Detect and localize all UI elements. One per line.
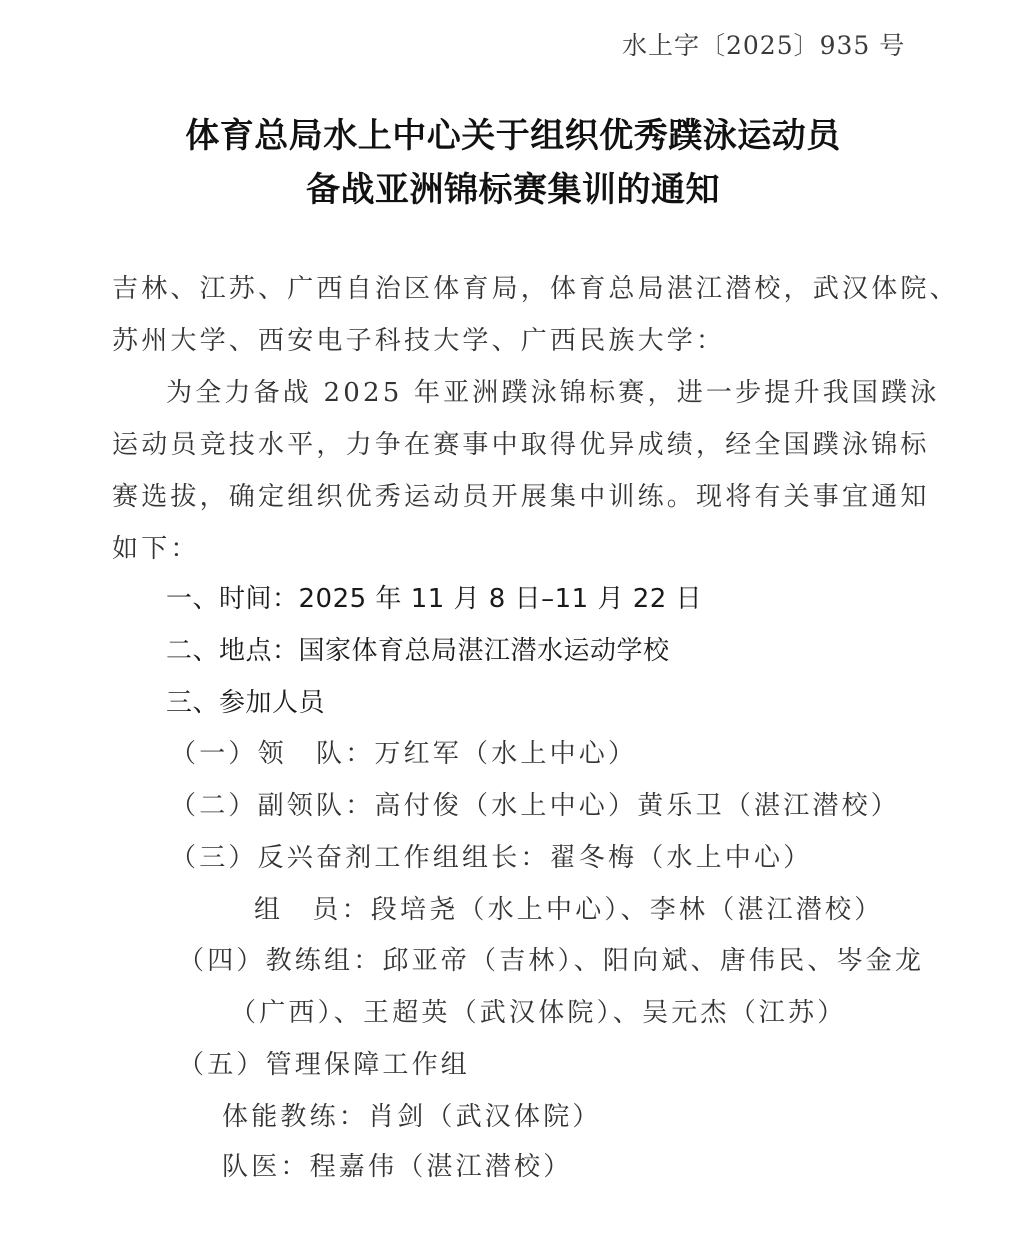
intro-line-2: 运动员竞技水平，力争在赛事中取得优异成绩，经全国蹼泳锦标 (112, 424, 930, 461)
intro-line-3: 赛选拔，确定组织优秀运动员开展集中训练。现将有关事宜通知 (112, 476, 930, 513)
participant-coaches-line-2: （广西）、王超英（武汉体院）、吴元杰（江苏） (230, 992, 846, 1029)
section-participants: 三、参加人员 (166, 682, 325, 719)
participant-coaches-line-1: （四）教练组：邱亚帝（吉林）、阳向斌、唐伟民、岑金龙 (178, 940, 924, 977)
addressees-line-1: 吉林、江苏、广西自治区体育局，体育总局湛江潜校，武汉体院、 (112, 268, 959, 305)
section-time: 一、时间：2025 年 11 月 8 日–11 月 22 日 (166, 578, 702, 615)
document-title-line-1: 体育总局水上中心关于组织优秀蹼泳运动员 (0, 108, 1026, 157)
addressees-line-2: 苏州大学、西安电子科技大学、广西民族大学： (112, 320, 725, 357)
section-location: 二、地点：国家体育总局湛江潜水运动学校 (166, 630, 670, 667)
document-title-line-2: 备战亚洲锦标赛集训的通知 (0, 162, 1026, 211)
participant-management-group: （五）管理保障工作组 (178, 1044, 470, 1081)
participant-anti-doping-members: 组 员：段培尧（水上中心）、李林（湛江潜校） (254, 889, 883, 926)
intro-line-1: 为全力备战 2025 年亚洲蹼泳锦标赛，进一步提升我国蹼泳 (166, 372, 940, 409)
participant-anti-doping-head: （三）反兴奋剂工作组组长：翟冬梅（水上中心） (170, 837, 812, 874)
document-number: 水上字〔2025〕935 号 (622, 26, 905, 62)
intro-line-4: 如下： (112, 528, 200, 565)
participant-fitness-coach: 体能教练：肖剑（武汉体院） (222, 1096, 602, 1133)
participant-team-doctor: 队医：程嘉伟（湛江潜校） (222, 1146, 572, 1183)
participant-deputy-leader: （二）副领队：高付俊（水上中心）黄乐卫（湛江潜校） (170, 785, 900, 822)
participant-leader: （一）领 队：万红军（水上中心） (170, 733, 637, 770)
